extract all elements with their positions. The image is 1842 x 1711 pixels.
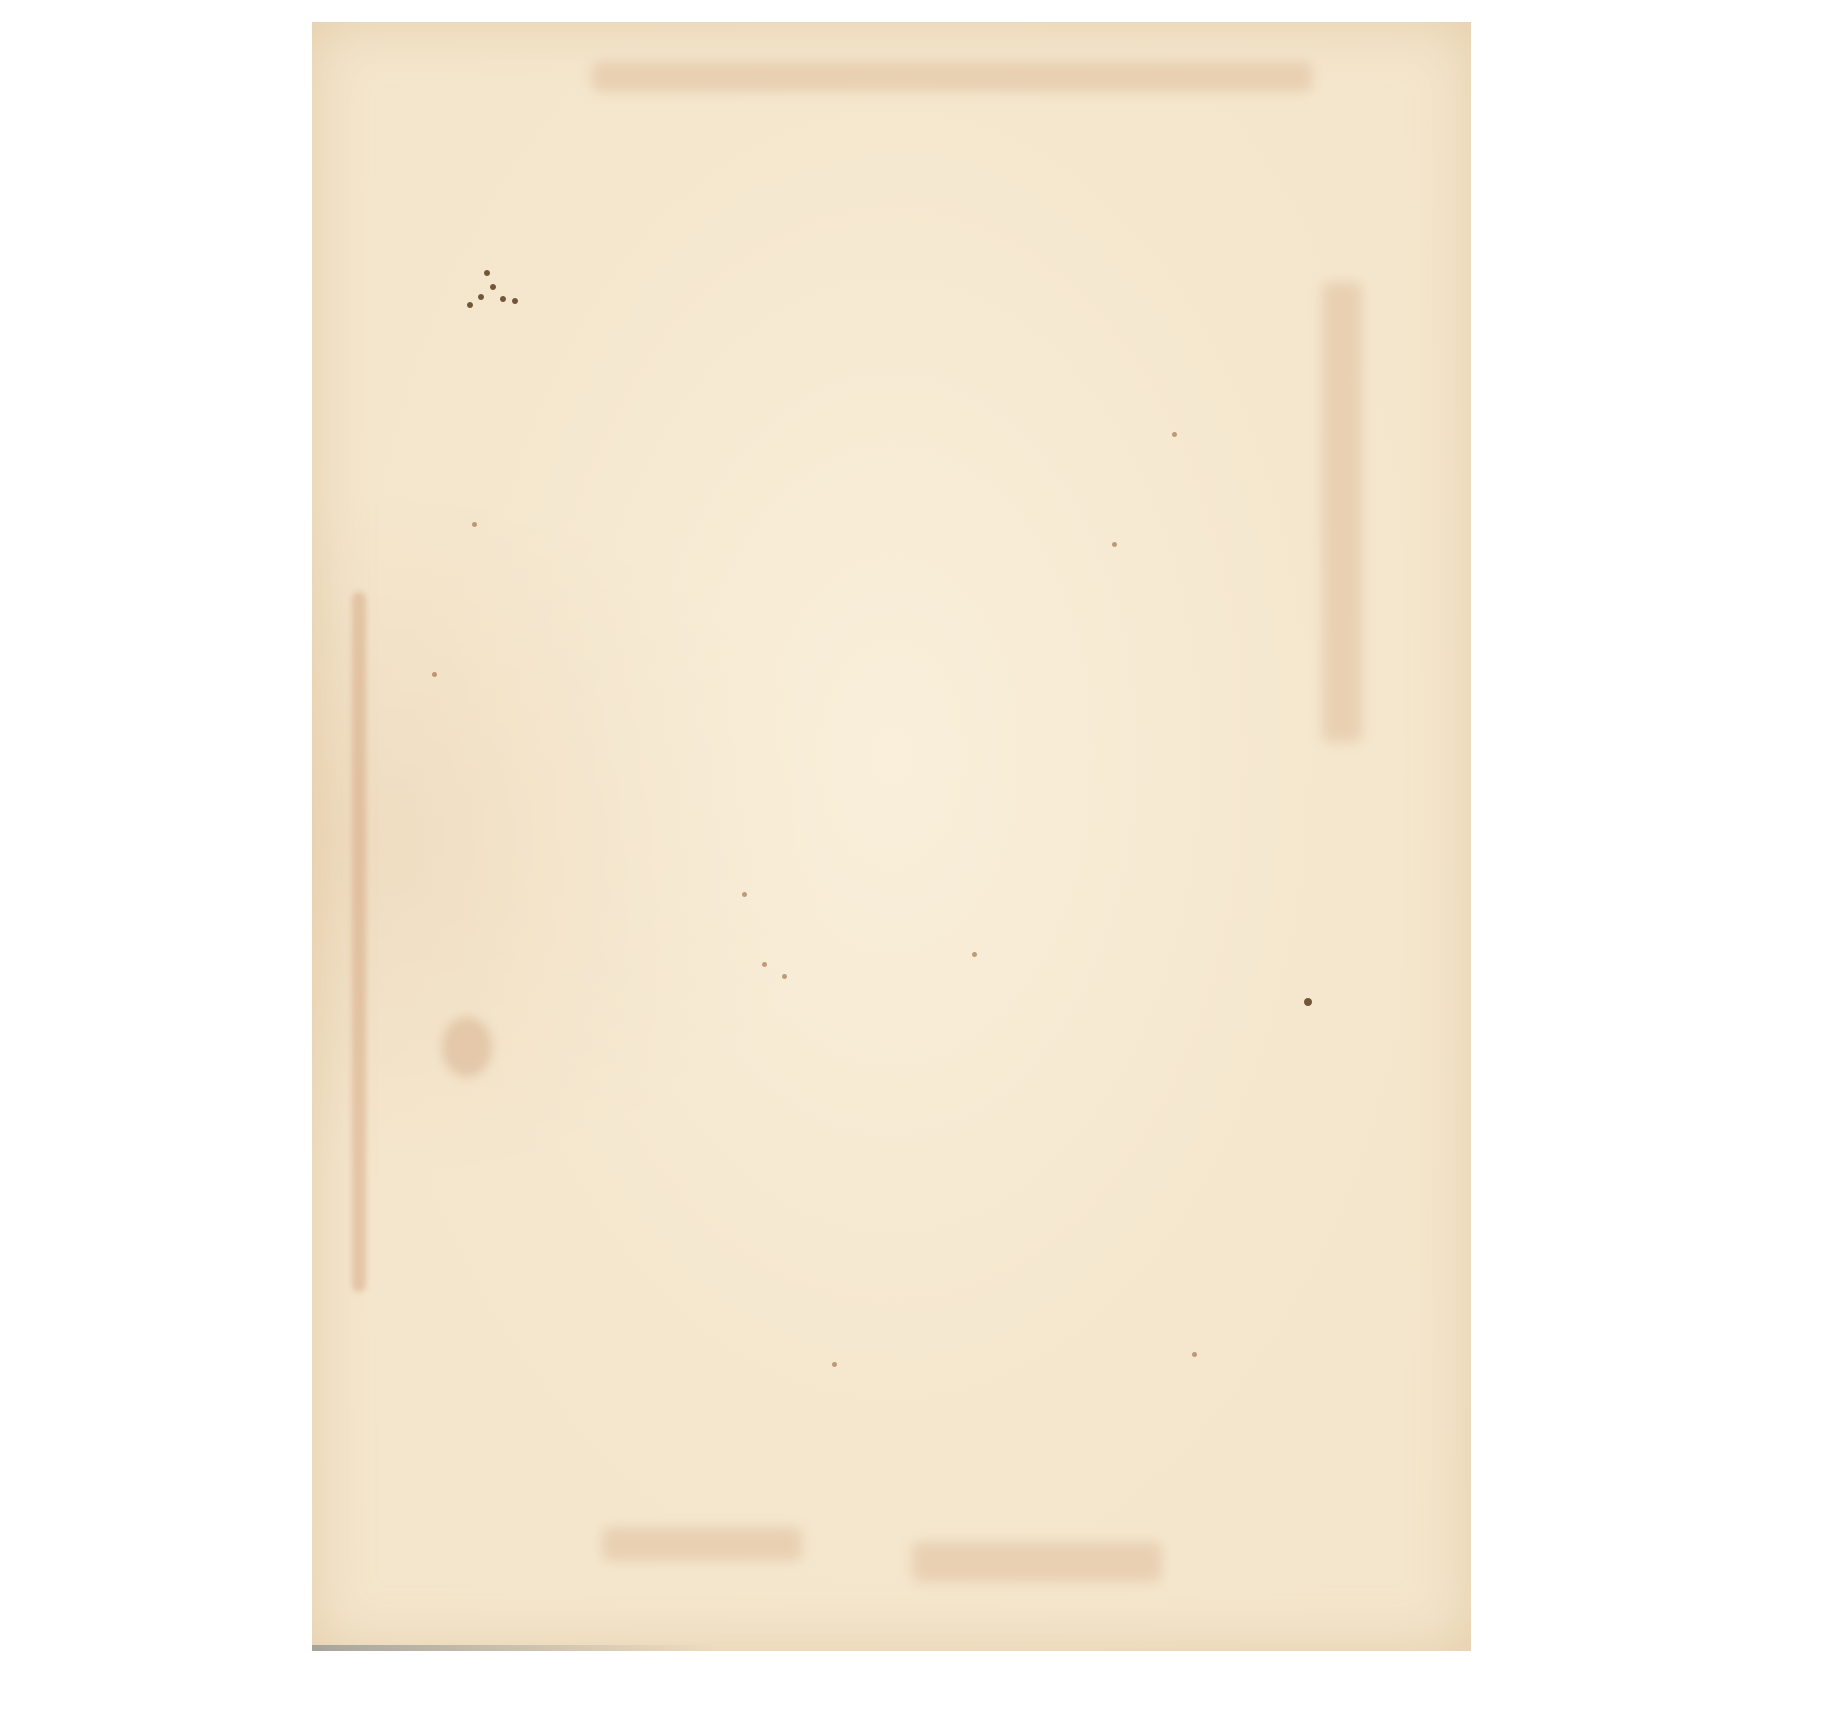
foxing-spot bbox=[972, 952, 977, 957]
paper-page bbox=[312, 22, 1471, 1651]
foxing-spot bbox=[512, 298, 518, 304]
foxing-spot bbox=[782, 974, 787, 979]
foxing-spot bbox=[432, 672, 437, 677]
foxing-spot bbox=[472, 522, 477, 527]
foxing-spot bbox=[1192, 1352, 1197, 1357]
page-edge-shadow bbox=[312, 1645, 712, 1651]
offset-stain-bottom bbox=[912, 1542, 1162, 1582]
offset-stain-bottom bbox=[602, 1527, 802, 1561]
foxing-spot bbox=[832, 1362, 837, 1367]
foxing-spot bbox=[762, 962, 767, 967]
foxing-spot bbox=[1112, 542, 1117, 547]
foxing-spot bbox=[490, 284, 496, 290]
offset-stain-top bbox=[592, 62, 1312, 92]
offset-stain-right bbox=[1322, 282, 1362, 742]
foxing-spot bbox=[742, 892, 747, 897]
foxing-spot bbox=[484, 270, 490, 276]
foxing-spot bbox=[1304, 998, 1312, 1006]
foxing-spot bbox=[500, 296, 506, 302]
offset-stain-left bbox=[352, 592, 366, 1292]
foxing-spot bbox=[1172, 432, 1177, 437]
foxing-spot bbox=[478, 294, 484, 300]
foxing-spot bbox=[467, 302, 473, 308]
stain-blot bbox=[442, 1017, 492, 1077]
